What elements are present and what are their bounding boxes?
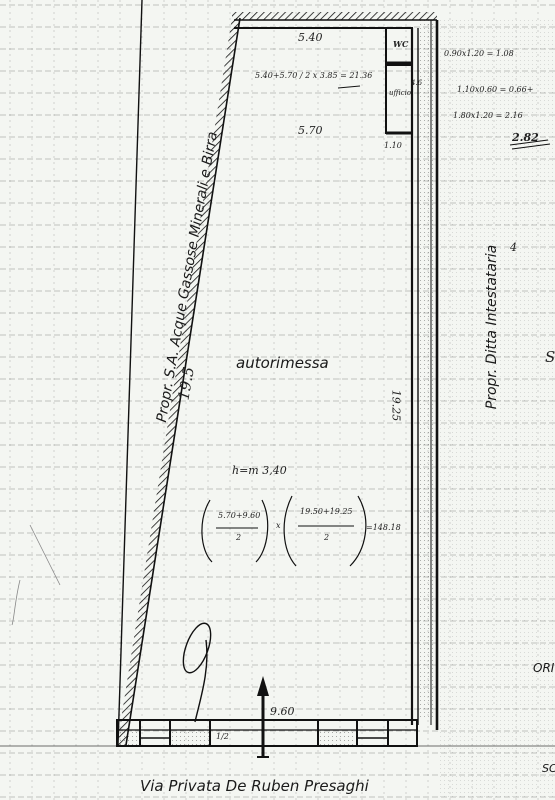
- top-wall-hatched: [232, 12, 437, 20]
- calc-line-1: 0.90x1.20 = 1.08: [444, 50, 514, 58]
- door-dimension: 1.10: [384, 142, 402, 150]
- right-owner-label: Propr. Ditta Intestataria: [485, 245, 499, 409]
- office-label: ufficio: [389, 90, 411, 97]
- formula-right-denominator: 2: [324, 534, 329, 542]
- formula-right-numerator: 19.50+19.25: [300, 508, 353, 516]
- office-room: [386, 65, 412, 133]
- neighbor-strip-texture: [418, 20, 438, 720]
- height-note: h=m 3,40: [232, 465, 287, 476]
- stair-fraction: 1/2: [216, 733, 229, 741]
- handwritten-nine: [178, 620, 216, 722]
- floor-plan-drawing: [0, 0, 555, 800]
- formula-left-numerator: 5.70+9.60: [218, 512, 260, 520]
- side-mark: S: [545, 350, 555, 365]
- formula-left-denominator: 2: [236, 534, 241, 542]
- edge-text-ori: ORI: [533, 662, 554, 674]
- formula-times: x: [276, 522, 281, 530]
- street-name: Via Privata De Ruben Presaghi: [140, 779, 369, 794]
- edge-text-sc: SC: [542, 763, 555, 774]
- calc-total: 2.82: [512, 132, 539, 143]
- calc-line-3: 1.80x1.20 = 2.16: [453, 112, 523, 120]
- room-label-autorimessa: autorimessa: [236, 356, 329, 371]
- area-result: =148.18: [366, 524, 401, 532]
- top-area-formula: 5.40+5.70 / 2 x 3.85 = 21.36: [255, 72, 372, 80]
- office-dimension: 4.6: [411, 80, 422, 87]
- top-width-dimension: 5.40: [298, 32, 323, 43]
- front-threshold: [117, 720, 417, 746]
- wc-label: WC: [393, 40, 408, 48]
- right-length-dimension: 19.25: [390, 390, 401, 422]
- right-digit: 4: [510, 242, 517, 253]
- front-width-dimension: 9.60: [270, 706, 295, 717]
- calc-line-2: 1.10x0.60 = 0.66+: [457, 86, 533, 94]
- mid-width-dimension: 5.70: [298, 125, 323, 136]
